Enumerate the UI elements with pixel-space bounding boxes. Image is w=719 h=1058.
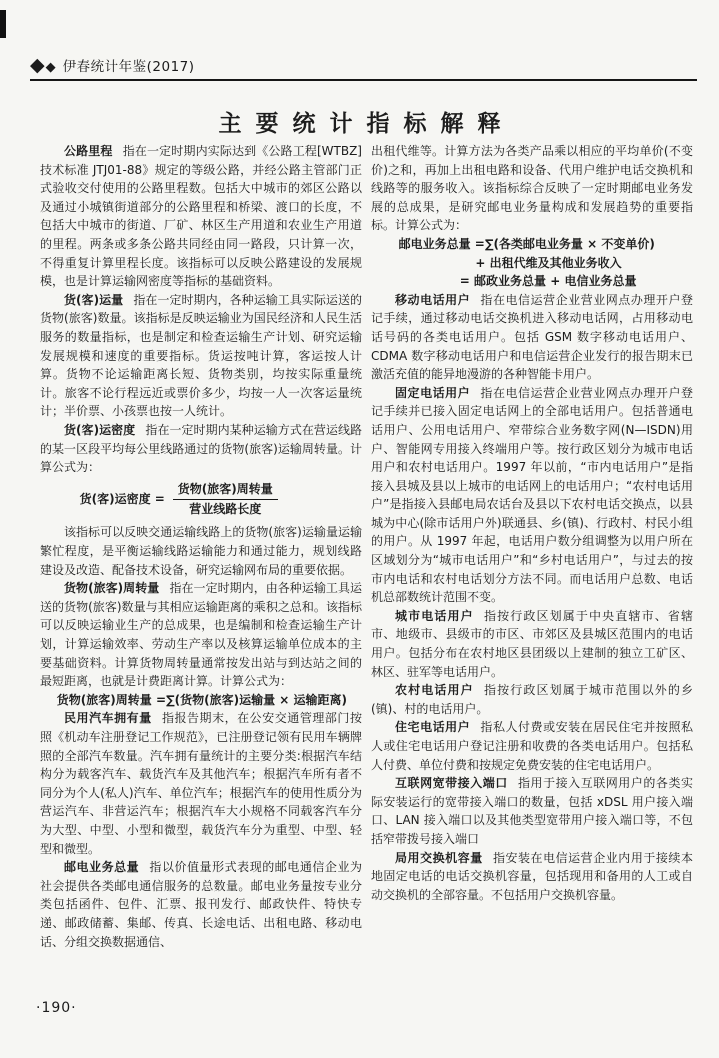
definition-paragraph: 移动电话用户指在电信运营企业营业网点办理开户登记手续，通过移动电话交换机进入移动… xyxy=(371,291,693,384)
fraction-denominator: 营业线路长度 xyxy=(173,499,278,518)
definition-paragraph: 邮电业务总量指以价值量形式表现的邮电通信企业为社会提供各类邮电通信服务的总数量。… xyxy=(40,858,362,951)
definition-text: 指在一定时期内，各种运输工具实际运送的货物(旅客)数量。该指标是反映运输业为国民… xyxy=(40,293,362,419)
continued-paragraph: 出租代维等。计算方法为各类产品乘以相应的平均单价(不变价)之和，再加上出租电路和… xyxy=(371,142,693,235)
definition-text: 出租代维等。计算方法为各类产品乘以相应的平均单价(不变价)之和，再加上出租电路和… xyxy=(371,144,693,232)
formula-line-2: + 出租代维及其他业务收入 xyxy=(371,254,693,273)
formula-line-1: 邮电业务总量 =∑(各类邮电业务量 × 不变单价) xyxy=(371,235,693,254)
right-column: 出租代维等。计算方法为各类产品乘以相应的平均单价(不变价)之和，再加上出租电路和… xyxy=(371,142,693,904)
definition-paragraph: 固定电话用户指在电信运营企业营业网点办理开户登记手续并已接入固定电话网上的全部电… xyxy=(371,384,693,607)
formula-line-3: = 邮政业务总量 + 电信业务总量 xyxy=(371,272,693,291)
definition-paragraph: 货(客)运密度指在一定时期内某种运输方式在营运线路的某一区段平均每公里线路通过的… xyxy=(40,421,362,477)
term-label: 民用汽车拥有量 xyxy=(64,711,152,725)
definition-paragraph: 互联网宽带接入端口指用于接入互联网用户的各类实际安装运行的宽带接入端口的数量，包… xyxy=(371,774,693,848)
term-label: 邮电业务总量 xyxy=(64,860,139,874)
definition-paragraph: 民用汽车拥有量指报告期末，在公安交通管理部门按照《机动车注册登记工作规范》，已注… xyxy=(40,709,362,858)
yearbook-page: ◆ ◆ 伊春统计年鉴(2017) 主要统计指标解释 公路里程指在一定时期内实际达… xyxy=(0,0,719,1058)
definition-text: 指报告期末，在公安交通管理部门按照《机动车注册登记工作规范》，已注册登记领有民用… xyxy=(40,711,362,855)
definition-paragraph: 货(客)运量指在一定时期内，各种运输工具实际运送的货物(旅客)数量。该指标是反映… xyxy=(40,291,362,421)
term-label: 住宅电话用户 xyxy=(395,720,470,734)
definition-text: 指在电信运营企业营业网点办理开户登记手续并已接入固定电话网上的全部电话用户。包括… xyxy=(371,386,693,605)
density-formula: 货(客)运密度 = 货物(旅客)周转量 营业线路长度 xyxy=(40,481,362,519)
header-divider xyxy=(30,79,697,81)
definition-paragraph: 局用交换机容量指安装在电信运营企业内用于接续本地固定电话的电话交换机容量，包括现… xyxy=(371,849,693,905)
definition-paragraph: 住宅电话用户指私人付费或安装在居民住宅并按照私人或住宅电话用户登记注册和收费的各… xyxy=(371,718,693,774)
page-number: ·190· xyxy=(36,1000,77,1016)
diamond-icon: ◆ xyxy=(46,61,56,74)
post-telecom-formula: 邮电业务总量 =∑(各类邮电业务量 × 不变单价) + 出租代维及其他业务收入 … xyxy=(371,235,693,291)
term-label: 互联网宽带接入端口 xyxy=(395,776,508,790)
definition-paragraph: 该指标可以反映交通运输线路上的货物(旅客)运输量运输繁忙程度，是平衡运输线路运输… xyxy=(40,523,362,579)
definition-text: 指在一定时期内，由各种运输工具运送的货物(旅客)数量与其相应运输距离的乘积之总和… xyxy=(40,581,362,688)
turnover-formula: 货物(旅客)周转量 =∑(货物(旅客)运输量 × 运输距离) xyxy=(40,691,362,710)
term-label: 货物(旅客)周转量 xyxy=(64,581,159,595)
term-label: 公路里程 xyxy=(64,144,113,158)
definition-paragraph: 农村电话用户指按行政区划属于城市范围以外的乡(镇)、村的电话用户。 xyxy=(371,681,693,718)
term-label: 农村电话用户 xyxy=(395,683,474,697)
definition-text: 该指标可以反映交通运输线路上的货物(旅客)运输量运输繁忙程度，是平衡运输线路运输… xyxy=(40,525,362,576)
formula-lhs: 货(客)运密度 = xyxy=(80,490,165,509)
definition-paragraph: 城市电话用户指按行政区划属于中央直辖市、省辖市、地级市、县级市的市区、市郊区及县… xyxy=(371,607,693,681)
term-label: 局用交换机容量 xyxy=(395,851,483,865)
scan-artifact xyxy=(0,10,6,38)
term-label: 城市电话用户 xyxy=(395,609,474,623)
page-title: 主要统计指标解释 xyxy=(0,105,719,138)
diamond-icon: ◆ xyxy=(30,56,45,75)
formula-fraction: 货物(旅客)周转量 营业线路长度 xyxy=(173,481,278,519)
term-label: 货(客)运量 xyxy=(64,293,123,307)
definition-paragraph: 货物(旅客)周转量指在一定时期内，由各种运输工具运送的货物(旅客)数量与其相应运… xyxy=(40,579,362,691)
fraction-numerator: 货物(旅客)周转量 xyxy=(173,481,278,499)
definition-paragraph: 公路里程指在一定时期内实际达到《公路工程[WTBZ]技术标准 JTJ01-88》… xyxy=(40,142,362,291)
definition-text: 指在一定时期内实际达到《公路工程[WTBZ]技术标准 JTJ01-88》规定的等… xyxy=(40,144,362,288)
term-label: 移动电话用户 xyxy=(395,293,470,307)
term-label: 固定电话用户 xyxy=(395,386,470,400)
term-label: 货(客)运密度 xyxy=(64,423,135,437)
left-column: 公路里程指在一定时期内实际达到《公路工程[WTBZ]技术标准 JTJ01-88》… xyxy=(40,142,362,951)
yearbook-label: 伊春统计年鉴(2017) xyxy=(63,55,195,75)
page-header: ◆ ◆ 伊春统计年鉴(2017) xyxy=(30,55,195,75)
